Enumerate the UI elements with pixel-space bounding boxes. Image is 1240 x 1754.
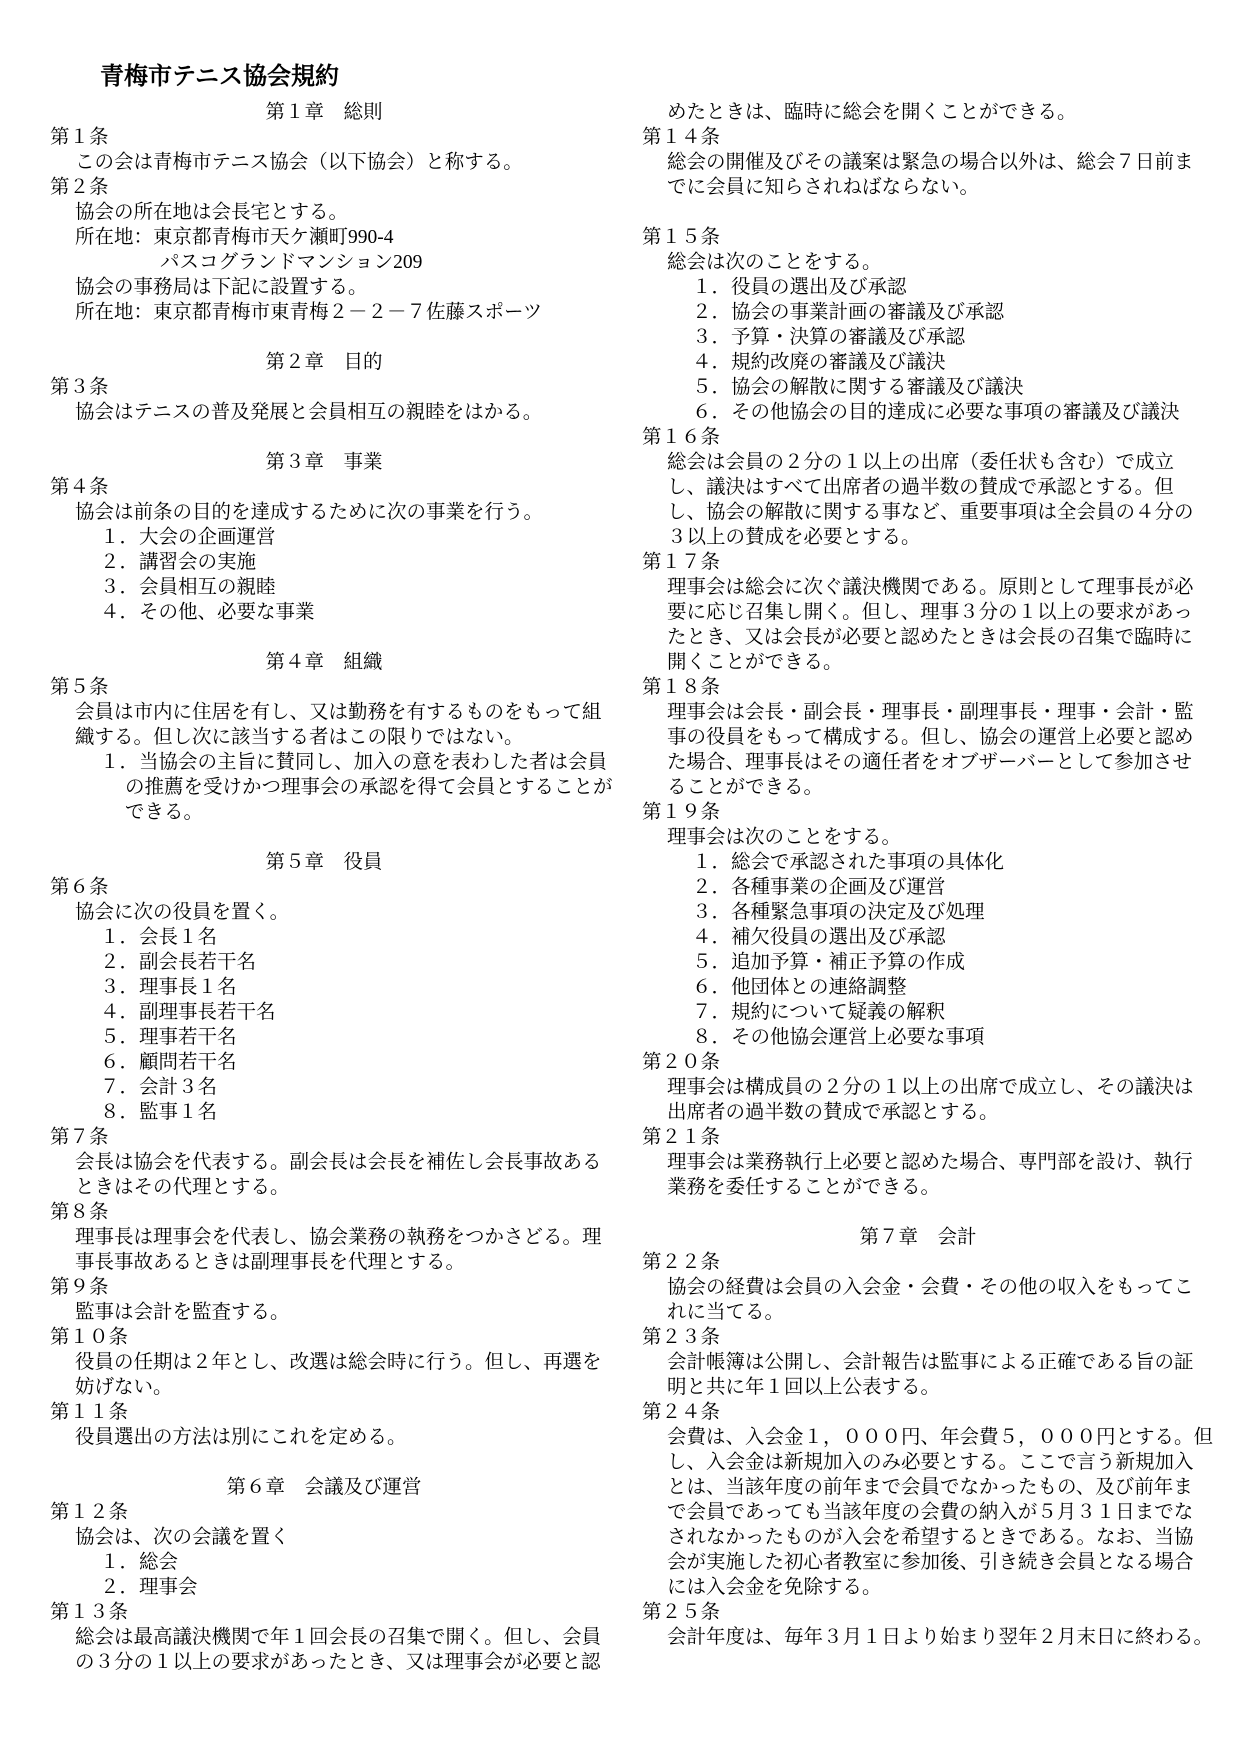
document-line: 総会は最高議決機関で年１回会長の召集で開く。但し、会員	[50, 1625, 598, 1650]
document-line: 総会は次のことをする。	[642, 250, 1194, 275]
document-line: 総会の開催及びその議案は緊急の場合以外は、総会７日前ま	[642, 150, 1194, 175]
document-line: ５．理事若干名	[50, 1025, 598, 1050]
document-line: 理事会は総会に次ぐ議決機関である。原則として理事長が必	[642, 575, 1194, 600]
document-line: 明と共に年１回以上公表する。	[642, 1375, 1194, 1400]
blank-line	[50, 1450, 598, 1475]
article-number: 第２０条	[642, 1050, 1194, 1075]
document-line: 所在地：東京都青梅市東青梅２－２－７佐藤スポーツ	[50, 300, 598, 325]
document-line: ６．他団体との連絡調整	[642, 975, 1194, 1000]
document-line: 事長事故あるときは副理事長を代理とする。	[50, 1250, 598, 1275]
article-number: 第９条	[50, 1275, 598, 1300]
document-line: １．役員の選出及び承認	[642, 275, 1194, 300]
document-line: ときはその代理とする。	[50, 1175, 598, 1200]
chapter-heading: 第７章 会計	[642, 1225, 1194, 1250]
document-line: ５．協会の解散に関する審議及び議決	[642, 375, 1194, 400]
document-line: ８．監事１名	[50, 1100, 598, 1125]
blank-line	[50, 425, 598, 450]
chapter-heading: 第１章 総則	[50, 100, 598, 125]
document-line: １．総会	[50, 1550, 598, 1575]
document-line: 会計帳簿は公開し、会計報告は監事による正確である旨の証	[642, 1350, 1194, 1375]
article-number: 第２４条	[642, 1400, 1194, 1425]
document-page: 青梅市テニス協会規約 第１章 総則第１条この会は青梅市テニス協会（以下協会）と称…	[0, 0, 1240, 1754]
document-line: ３．各種緊急事項の決定及び処理	[642, 900, 1194, 925]
article-number: 第６条	[50, 875, 598, 900]
document-line: し、入会金は新規加入のみ必要とする。ここで言う新規加入	[642, 1450, 1194, 1475]
article-number: 第８条	[50, 1200, 598, 1225]
document-line: し、議決はすべて出席者の過半数の賛成で承認とする。但	[642, 475, 1194, 500]
document-line: 理事会は構成員の２分の１以上の出席で成立し、その議決は	[642, 1075, 1194, 1100]
blank-line	[642, 1200, 1194, 1225]
chapter-heading: 第４章 組織	[50, 650, 598, 675]
document-line: 理事会は会長・副会長・理事長・副理事長・理事・会計・監	[642, 700, 1194, 725]
document-line: 織する。但し次に該当する者はこの限りではない。	[50, 725, 598, 750]
chapter-heading: 第２章 目的	[50, 350, 598, 375]
document-line: 会計年度は、毎年３月１日より始まり翌年２月末日に終わる。	[642, 1625, 1194, 1650]
document-line: 総会は会員の２分の１以上の出席（委任状も含む）で成立	[642, 450, 1194, 475]
document-line: 開くことができる。	[642, 650, 1194, 675]
document-line: ７．会計３名	[50, 1075, 598, 1100]
document-line: たとき、又は会長が必要と認めたときは会長の召集で臨時に	[642, 625, 1194, 650]
document-line: し、協会の解散に関する事など、重要事項は全会員の４分の	[642, 500, 1194, 525]
article-number: 第１条	[50, 125, 598, 150]
document-line: 会長は協会を代表する。副会長は会長を補佐し会長事故ある	[50, 1150, 598, 1175]
document-line: 所在地：東京都青梅市天ケ瀬町990-4	[50, 225, 598, 250]
article-number: 第１６条	[642, 425, 1194, 450]
document-line: れに当てる。	[642, 1300, 1194, 1325]
document-line: １．会長１名	[50, 925, 598, 950]
document-line: ７．規約について疑義の解釈	[642, 1000, 1194, 1025]
document-line: １．総会で承認された事項の具体化	[642, 850, 1194, 875]
article-number: 第１１条	[50, 1400, 598, 1425]
document-line: には入会金を免除する。	[642, 1575, 1194, 1600]
document-line: ることができる。	[642, 775, 1194, 800]
document-line: とは、当該年度の前年まで会員でなかったもの、及び前年ま	[642, 1475, 1194, 1500]
document-line: ６．顧問若干名	[50, 1050, 598, 1075]
article-number: 第２１条	[642, 1125, 1194, 1150]
document-line: 会費は、入会金１，０００円、年会費５，０００円とする。但	[642, 1425, 1194, 1450]
document-line: 妨げない。	[50, 1375, 598, 1400]
document-line: １．大会の企画運営	[50, 525, 598, 550]
document-line: １．当協会の主旨に賛同し、加入の意を表わした者は会員	[50, 750, 598, 775]
document-line: 会員は市内に住居を有し、又は勤務を有するものをもって組	[50, 700, 598, 725]
article-number: 第５条	[50, 675, 598, 700]
document-line: この会は青梅市テニス協会（以下協会）と称する。	[50, 150, 598, 175]
document-line: 理事会は次のことをする。	[642, 825, 1194, 850]
document-line: ３．会員相互の親睦	[50, 575, 598, 600]
document-line: ３以上の賛成を必要とする。	[642, 525, 1194, 550]
document-line: の推薦を受けかつ理事会の承認を得て会員とすることが	[50, 775, 598, 800]
document-line: できる。	[50, 800, 598, 825]
article-number: 第１５条	[642, 225, 1194, 250]
document-line: ３．予算・決算の審議及び承認	[642, 325, 1194, 350]
document-line: 出席者の過半数の賛成で承認とする。	[642, 1100, 1194, 1125]
article-number: 第１３条	[50, 1600, 598, 1625]
document-line: ４．その他、必要な事業	[50, 600, 598, 625]
document-line: ８．その他協会運営上必要な事項	[642, 1025, 1194, 1050]
article-number: 第１７条	[642, 550, 1194, 575]
document-line: 協会の経費は会員の入会金・会費・その他の収入をもってこ	[642, 1275, 1194, 1300]
document-line: 協会は前条の目的を達成するために次の事業を行う。	[50, 500, 598, 525]
article-number: 第７条	[50, 1125, 598, 1150]
document-line: た場合、理事長はその適任者をオブザーバーとして参加させ	[642, 750, 1194, 775]
document-line: でに会員に知らされねばならない。	[642, 175, 1194, 200]
document-line: 協会の事務局は下記に設置する。	[50, 275, 598, 300]
document-line: 理事会は業務執行上必要と認めた場合、専門部を設け、執行	[642, 1150, 1194, 1175]
document-title: 青梅市テニス協会規約	[100, 56, 339, 91]
article-number: 第４条	[50, 475, 598, 500]
chapter-heading: 第５章 役員	[50, 850, 598, 875]
document-line: ２．理事会	[50, 1575, 598, 1600]
document-line: 協会はテニスの普及発展と会員相互の親睦をはかる。	[50, 400, 598, 425]
chapter-heading: 第６章 会議及び運営	[50, 1475, 598, 1500]
document-line: パスコグランドマンション209	[50, 250, 598, 275]
document-line: の３分の１以上の要求があったとき、又は理事会が必要と認	[50, 1650, 598, 1675]
article-number: 第３条	[50, 375, 598, 400]
document-line: ５．追加予算・補正予算の作成	[642, 950, 1194, 975]
article-number: 第１２条	[50, 1500, 598, 1525]
document-line: 監事は会計を監査する。	[50, 1300, 598, 1325]
blank-line	[50, 325, 598, 350]
document-line: 役員選出の方法は別にこれを定める。	[50, 1425, 598, 1450]
document-line: ４．規約改廃の審議及び議決	[642, 350, 1194, 375]
document-line: 事の役員をもって構成する。但し、協会の運営上必要と認め	[642, 725, 1194, 750]
blank-line	[50, 625, 598, 650]
article-number: 第２条	[50, 175, 598, 200]
document-line: ３．理事長１名	[50, 975, 598, 1000]
article-number: 第２３条	[642, 1325, 1194, 1350]
document-line: ２．副会長若干名	[50, 950, 598, 975]
document-line: 役員の任期は２年とし、改選は総会時に行う。但し、再選を	[50, 1350, 598, 1375]
document-line: されなかったものが入会を希望するときである。なお、当協	[642, 1525, 1194, 1550]
article-number: 第１９条	[642, 800, 1194, 825]
column-left: 第１章 総則第１条この会は青梅市テニス協会（以下協会）と称する。第２条協会の所在…	[50, 100, 598, 1675]
document-line: 協会は、次の会議を置く	[50, 1525, 598, 1550]
blank-line	[50, 825, 598, 850]
article-number: 第２２条	[642, 1250, 1194, 1275]
document-line: で会員であっても当該年度の会費の納入が５月３１日までな	[642, 1500, 1194, 1525]
document-line: ２．協会の事業計画の審議及び承認	[642, 300, 1194, 325]
document-line: 理事長は理事会を代表し、協会業務の執務をつかさどる。理	[50, 1225, 598, 1250]
chapter-heading: 第３章 事業	[50, 450, 598, 475]
document-line: 要に応じ召集し開く。但し、理事３分の１以上の要求があっ	[642, 600, 1194, 625]
article-number: 第２５条	[642, 1600, 1194, 1625]
document-line: 会が実施した初心者教室に参加後、引き続き会員となる場合	[642, 1550, 1194, 1575]
article-number: 第１０条	[50, 1325, 598, 1350]
document-line: ４．副理事長若干名	[50, 1000, 598, 1025]
blank-line	[642, 200, 1194, 225]
article-number: 第１８条	[642, 675, 1194, 700]
document-line: ２．各種事業の企画及び運営	[642, 875, 1194, 900]
column-right: めたときは、臨時に総会を開くことができる。第１４条総会の開催及びその議案は緊急の…	[642, 100, 1194, 1650]
document-line: ４．補欠役員の選出及び承認	[642, 925, 1194, 950]
document-line: 協会の所在地は会長宅とする。	[50, 200, 598, 225]
article-number: 第１４条	[642, 125, 1194, 150]
document-line: 業務を委任することができる。	[642, 1175, 1194, 1200]
document-line: ６．その他協会の目的達成に必要な事項の審議及び議決	[642, 400, 1194, 425]
document-line: 協会に次の役員を置く。	[50, 900, 598, 925]
document-line: ２．講習会の実施	[50, 550, 598, 575]
document-line: めたときは、臨時に総会を開くことができる。	[642, 100, 1194, 125]
